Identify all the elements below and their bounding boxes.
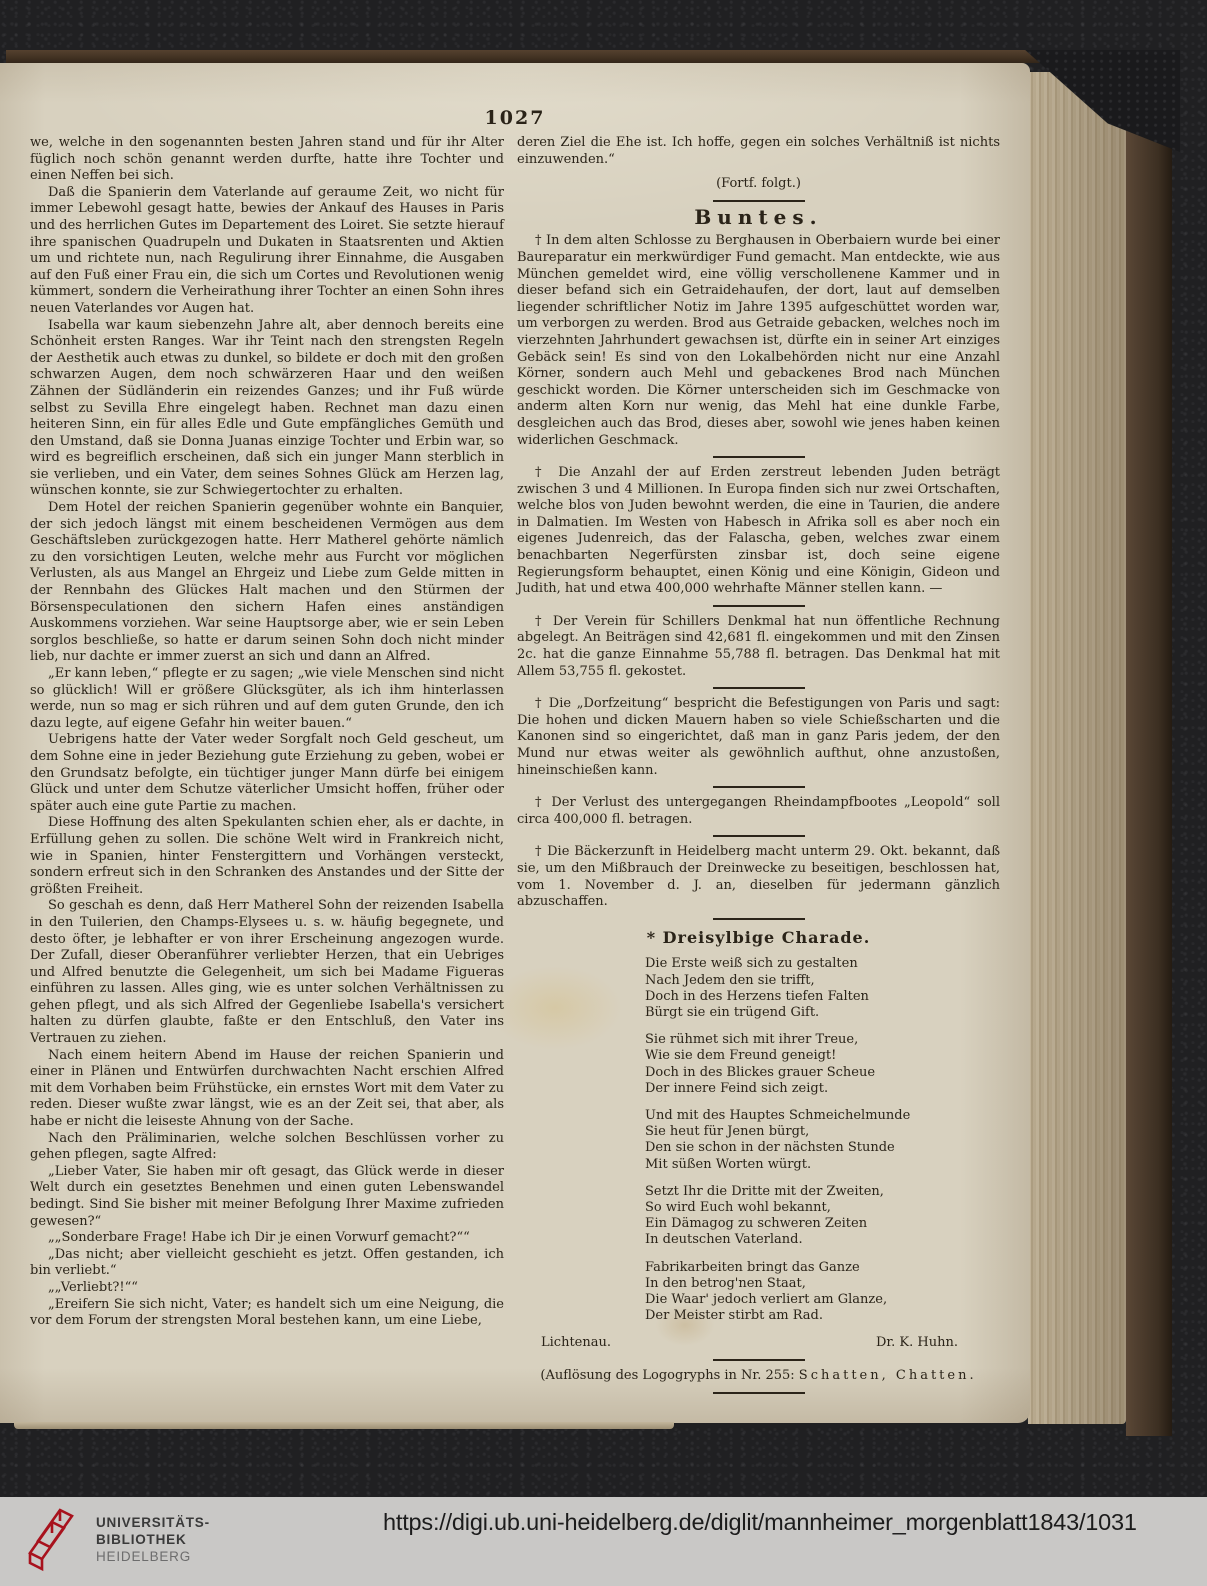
page-fore-edge	[1028, 72, 1126, 1424]
separator-rule	[713, 456, 805, 458]
verse-line: In den betrog'nen Staat,	[645, 1276, 1000, 1292]
verse-line: In deutschen Vaterland.	[645, 1232, 1000, 1248]
solution-prefix: (Auflösung des Logogryphs in Nr. 255:	[540, 1368, 798, 1383]
book-scan-background: 1027 we, welche in den sogenannten beste…	[0, 0, 1207, 1586]
paragraph: Diese Hoffnung des alten Spekulanten sch…	[30, 815, 504, 898]
paragraph: „„Sonderbare Frage! Habe ich Dir je eine…	[30, 1230, 504, 1247]
charade-signatures: Lichtenau. Dr. K. Huhn.	[517, 1335, 1000, 1352]
news-item: † Die Anzahl der auf Erden zerstreut leb…	[517, 465, 1000, 598]
paragraph: „Ereifern Sie sich nicht, Vater; es hand…	[30, 1297, 504, 1330]
verse-line: Setzt Ihr die Dritte mit der Zweiten,	[645, 1184, 1000, 1200]
verse-line: Die Erste weiß sich zu gestalten	[645, 956, 1000, 972]
verse-line: Den sie schon in der nächsten Stunde	[645, 1140, 1000, 1156]
paragraph: So geschah es denn, daß Herr Matherel So…	[30, 898, 504, 1047]
charade-heading: * Dreisylbige Charade.	[517, 930, 1000, 947]
news-item: † Die „Dorfzeitung“ bespricht die Befest…	[517, 696, 1000, 779]
paragraph: „„Verliebt?!““	[30, 1280, 504, 1297]
book-cover-top-edge	[6, 50, 1170, 63]
verse-line: Und mit des Hauptes Schmeichelmunde	[645, 1108, 1000, 1124]
paragraph: Nach den Präliminarien, welche solchen B…	[30, 1131, 504, 1164]
verse-line: Der innere Feind sich zeigt.	[645, 1081, 1000, 1097]
charade-section: * Dreisylbige Charade. Die Erste weiß si…	[517, 930, 1000, 1394]
paragraph: „Lieber Vater, Sie haben mir oft gesagt,…	[30, 1164, 504, 1230]
verse-line: Bürgt sie ein trügend Gift.	[645, 1005, 1000, 1021]
verse-line: Nach Jedem den sie trifft,	[645, 973, 1000, 989]
logogryph-solution: (Auflösung des Logogryphs in Nr. 255: Sc…	[517, 1368, 1000, 1385]
charade-stanza: Setzt Ihr die Dritte mit der Zweiten, So…	[645, 1184, 1000, 1249]
separator-rule	[713, 1392, 805, 1394]
news-item: † Der Verein für Schillers Denkmal hat n…	[517, 614, 1000, 680]
library-name-line2: BIBLIOTHEK	[96, 1531, 210, 1548]
separator-rule	[713, 605, 805, 607]
page-bottom-edge	[14, 1422, 674, 1429]
library-name-line3: HEIDELBERG	[96, 1548, 210, 1565]
separator-rule	[713, 918, 805, 920]
separator-rule	[713, 687, 805, 689]
charade-stanza: Fabrikarbeiten bringt das Ganze In den b…	[645, 1260, 1000, 1325]
library-name-line1: UNIVERSITÄTS-	[96, 1514, 210, 1531]
ub-heidelberg-logo-icon	[22, 1503, 84, 1575]
university-library-logo: UNIVERSITÄTS- BIBLIOTHEK HEIDELBERG	[22, 1503, 210, 1575]
verse-line: Mit süßen Worten würgt.	[645, 1157, 1000, 1173]
paragraph: Dem Hotel der reichen Spanierin gegenübe…	[30, 500, 504, 666]
news-item: † Der Verlust des untergegangen Rheindam…	[517, 795, 1000, 828]
verse-line: Ein Dämagog zu schweren Zeiten	[645, 1216, 1000, 1232]
paragraph: Daß die Spanierin dem Vaterlande auf ger…	[30, 185, 504, 318]
charade-stanza: Die Erste weiß sich zu gestalten Nach Je…	[645, 956, 1000, 1021]
verse-line: So wird Euch wohl bekannt,	[645, 1200, 1000, 1216]
charade-stanza: Sie rühmet sich mit ihrer Treue, Wie sie…	[645, 1032, 1000, 1097]
signature-author: Dr. K. Huhn.	[876, 1335, 958, 1352]
separator-rule	[713, 200, 805, 202]
page-number: 1027	[0, 107, 1030, 129]
section-heading: Buntes.	[517, 209, 1000, 226]
paragraph: „Er kann leben,“ pflegte er zu sagen; „w…	[30, 666, 504, 732]
text-columns: we, welche in den sogenannten besten Jah…	[0, 135, 1030, 1401]
right-column: deren Ziel die Ehe ist. Ich hoffe, gegen…	[517, 135, 1000, 1401]
paragraph: Uebrigens hatte der Vater weder Sorgfalt…	[30, 732, 504, 815]
verse-line: Wie sie dem Freund geneigt!	[645, 1048, 1000, 1064]
separator-rule	[713, 786, 805, 788]
verse-line: Doch in des Blickes grauer Scheue	[645, 1065, 1000, 1081]
continuation-note: (Fortf. folgt.)	[517, 176, 1000, 193]
library-name: UNIVERSITÄTS- BIBLIOTHEK HEIDELBERG	[96, 1514, 210, 1565]
solution-answer: Schatten, Chatten.	[799, 1368, 977, 1383]
verse-line: Die Waar' jedoch verliert am Glanze,	[645, 1292, 1000, 1308]
news-item: † Die Bäckerzunft in Heidelberg macht un…	[517, 844, 1000, 910]
paragraph: deren Ziel die Ehe ist. Ich hoffe, gegen…	[517, 135, 1000, 168]
verse-line: Fabrikarbeiten bringt das Ganze	[645, 1260, 1000, 1276]
signature-place: Lichtenau.	[541, 1335, 611, 1352]
left-column: we, welche in den sogenannten besten Jah…	[30, 135, 504, 1401]
book-cover-right-edge	[1126, 56, 1172, 1436]
paragraph: Nach einem heitern Abend im Hause der re…	[30, 1048, 504, 1131]
verse-line: Doch in des Herzens tiefen Falten	[645, 989, 1000, 1005]
source-url: https://digi.ub.uni-heidelberg.de/diglit…	[383, 1509, 1137, 1536]
paragraph: Isabella war kaum siebenzehn Jahre alt, …	[30, 318, 504, 501]
verse-line: Sie heut für Jenen bürgt,	[645, 1124, 1000, 1140]
viewer-footer-bar: UNIVERSITÄTS- BIBLIOTHEK HEIDELBERG http…	[0, 1497, 1207, 1586]
paragraph: „Das nicht; aber vielleicht geschieht es…	[30, 1247, 504, 1280]
verse-line: Der Meister stirbt am Rad.	[645, 1308, 1000, 1324]
separator-rule	[713, 1359, 805, 1361]
verse-line: Sie rühmet sich mit ihrer Treue,	[645, 1032, 1000, 1048]
paragraph: we, welche in den sogenannten besten Jah…	[30, 135, 504, 185]
separator-rule	[713, 835, 805, 837]
newspaper-page: 1027 we, welche in den sogenannten beste…	[0, 63, 1030, 1423]
news-item: † In dem alten Schlosse zu Berghausen in…	[517, 233, 1000, 449]
charade-stanza: Und mit des Hauptes Schmeichelmunde Sie …	[645, 1108, 1000, 1173]
